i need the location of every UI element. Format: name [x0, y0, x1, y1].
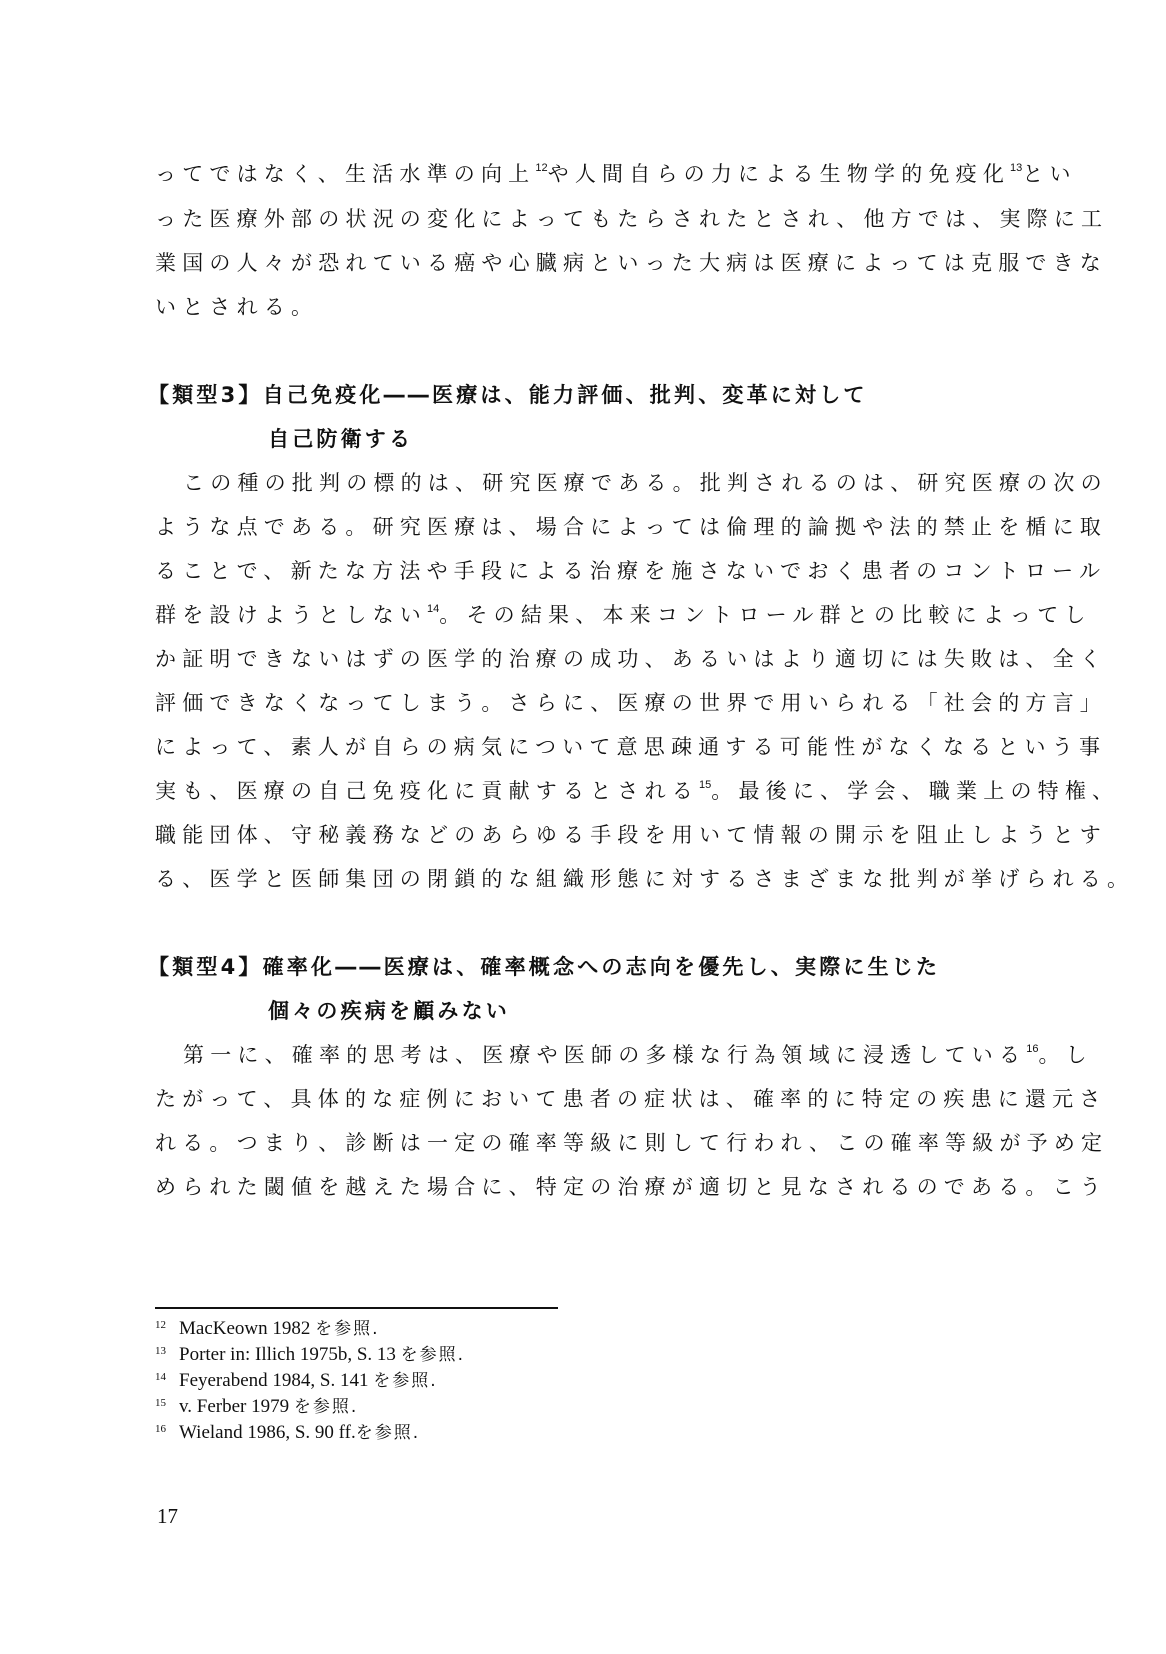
document-page: ってではなく、生活水準の向上12や人間自らの力による生物学的免疫化13とい った… — [0, 0, 1166, 1654]
body-line: たがって、具体的な症例において患者の症状は、確率的に特定の疾患に還元さ — [155, 1085, 1107, 1113]
page-number: 17 — [157, 1504, 178, 1529]
body-line: によって、素人が自らの病気について意思疎通する可能性がなくなるという事 — [155, 733, 1106, 761]
body-line: ることで、新たな方法や手段による治療を施さないでおく患者のコントロール — [155, 557, 1106, 585]
footnote-divider — [155, 1307, 558, 1309]
text-segment: 。し — [1038, 1043, 1092, 1067]
footnote-ref[interactable]: 16 — [1026, 1043, 1038, 1055]
footnote-citation: MacKeown 1982 — [179, 1318, 315, 1339]
body-line: る、医学と医師集団の閉鎖的な組織形態に対するさまざまな批判が挙げられる。 — [155, 865, 1134, 893]
footnote-number: 15 — [155, 1391, 179, 1415]
footnote-item: 13Porter in: Illich 1975b, S. 13 を参照. — [155, 1339, 465, 1367]
section-heading-continuation: 個々の疾病を顧みない — [268, 997, 510, 1025]
footnote-suffix: を参照. — [401, 1345, 465, 1365]
text-segment: 実も、医療の自己免疫化に貢献するとされる — [155, 779, 699, 803]
body-line: ような点である。研究医療は、場合によっては倫理的論拠や法的禁止を楯に取 — [155, 513, 1107, 541]
footnote-number: 13 — [155, 1339, 179, 1363]
footnote-number: 14 — [155, 1365, 179, 1389]
footnote-ref[interactable]: 12 — [535, 162, 547, 174]
footnote-number: 16 — [155, 1417, 179, 1441]
footnote-citation: Wieland 1986, S. 90 ff. — [179, 1422, 356, 1443]
footnote-ref[interactable]: 14 — [427, 603, 439, 615]
section-heading: 【類型3】自己免疫化――医療は、能力評価、批判、変革に対して — [148, 381, 868, 409]
text-segment: 群を設けようとしない — [155, 603, 427, 627]
footnote-item: 15v. Ferber 1979 を参照. — [155, 1391, 358, 1419]
text-segment: ってではなく、生活水準の向上 — [155, 162, 535, 186]
section-heading: 【類型4】確率化――医療は、確率概念への志向を優先し、実際に生じた — [148, 953, 940, 981]
body-line: この種の批判の標的は、研究医療である。批判されるのは、研究医療の次の — [183, 469, 1108, 497]
footnote-suffix: を参照. — [373, 1371, 437, 1391]
body-line: 第一に、確率的思考は、医療や医師の多様な行為領域に浸透している16。し — [183, 1041, 1093, 1069]
body-line: った医療外部の状況の変化によってもたらされたとされ、他方では、実際に工 — [155, 205, 1108, 233]
footnote-item: 16Wieland 1986, S. 90 ff.を参照. — [155, 1417, 420, 1445]
footnote-ref[interactable]: 13 — [1010, 162, 1022, 174]
text-segment: 。最後に、学会、職業上の特権、 — [711, 779, 1119, 803]
text-segment: 第一に、確率的思考は、医療や医師の多様な行為領域に浸透している — [183, 1043, 1026, 1067]
body-line: ってではなく、生活水準の向上12や人間自らの力による生物学的免疫化13とい — [155, 160, 1077, 188]
footnote-item: 12MacKeown 1982 を参照. — [155, 1313, 380, 1341]
body-line: 職能団体、守秘義務などのあらゆる手段を用いて情報の開示を阻止しようとす — [155, 821, 1107, 849]
text-segment: とい — [1022, 162, 1076, 186]
footnote-ref[interactable]: 15 — [699, 779, 711, 791]
body-line: 評価できなくなってしまう。さらに、医療の世界で用いられる「社会的方言」 — [155, 689, 1107, 717]
text-segment: 。その結果、本来コントロール群との比較によってし — [439, 603, 1091, 627]
footnote-citation: Feyerabend 1984, S. 141 — [179, 1370, 373, 1391]
body-line: 実も、医療の自己免疫化に貢献するとされる15。最後に、学会、職業上の特権、 — [155, 777, 1119, 805]
body-line: 業国の人々が恐れている癌や心臓病といった大病は医療によっては克服できな — [155, 249, 1107, 277]
footnote-suffix: を参照. — [315, 1319, 379, 1339]
footnote-citation: Porter in: Illich 1975b, S. 13 — [179, 1344, 401, 1365]
footnote-suffix: を参照. — [294, 1397, 358, 1417]
text-segment: や人間自らの力による生物学的免疫化 — [548, 162, 1010, 186]
body-line: か証明できないはずの医学的治療の成功、あるいはより適切には失敗は、全く — [155, 645, 1107, 673]
body-line: いとされる。 — [155, 293, 318, 321]
body-line: れる。つまり、診断は一定の確率等級に則して行われ、この確率等級が予め定 — [155, 1129, 1108, 1157]
footnote-citation: v. Ferber 1979 — [179, 1396, 294, 1417]
footnote-number: 12 — [155, 1313, 179, 1337]
section-heading-continuation: 自己防衛する — [268, 425, 413, 453]
body-line: められた閾値を越えた場合に、特定の治療が適切と見なされるのである。こう — [155, 1173, 1107, 1201]
footnote-item: 14Feyerabend 1984, S. 141 を参照. — [155, 1365, 438, 1393]
body-line: 群を設けようとしない14。その結果、本来コントロール群との比較によってし — [155, 601, 1092, 629]
footnote-suffix: を参照. — [356, 1423, 420, 1443]
